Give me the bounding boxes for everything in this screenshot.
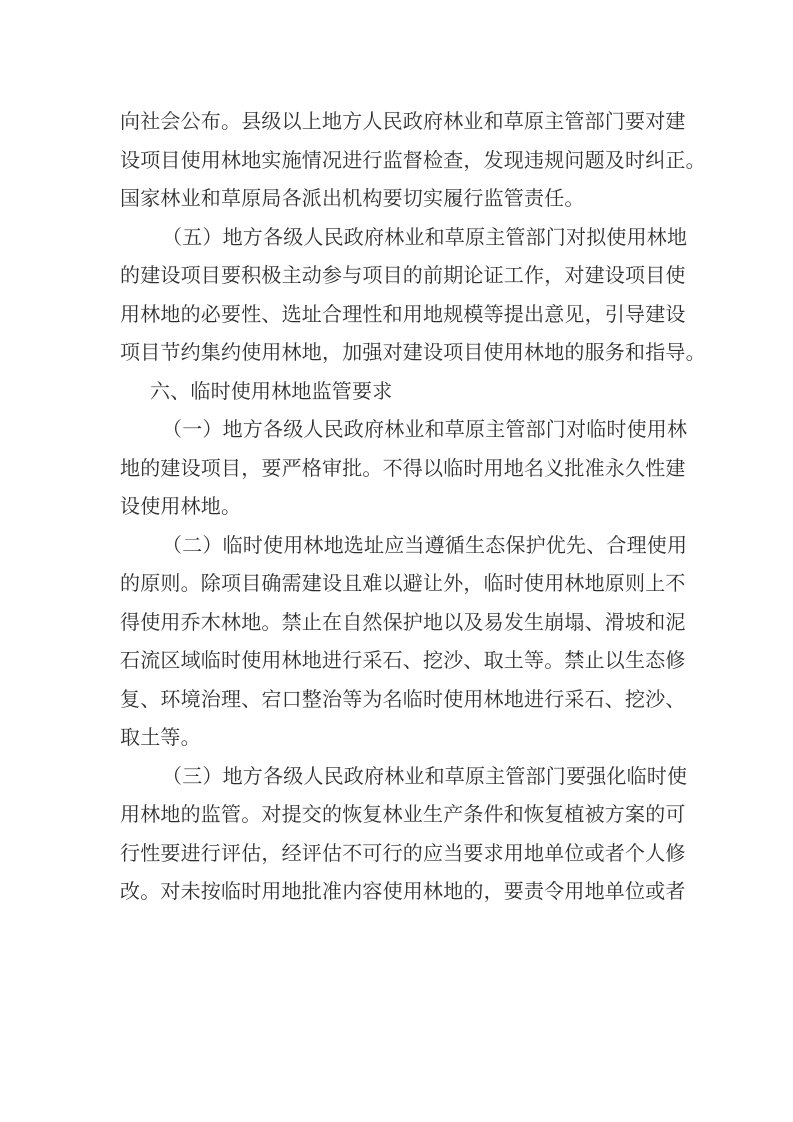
text-line: 地的建设项目，要严格审批。不得以临时用地名义批准永久性建 [120, 449, 690, 488]
text-line: 设项目使用林地实施情况进行监督检查，发现违规问题及时纠正。 [120, 141, 690, 180]
text-line: 的建设项目要积极主动参与项目的前期论证工作，对建设项目使 [120, 256, 690, 295]
text-line: 项目节约集约使用林地，加强对建设项目使用林地的服务和指导。 [120, 333, 690, 372]
document-page: 向社会公布。县级以上地方人民政府林业和草原主管部门要对建 设项目使用林地实施情况… [120, 102, 690, 911]
paragraph-start-line: （一）地方各级人民政府林业和草原主管部门对临时使用林 [120, 410, 690, 449]
text-line: 国家林业和草原局各派出机构要切实履行监管责任。 [120, 179, 690, 218]
text-line: 用林地的监管。对提交的恢复林业生产条件和恢复植被方案的可 [120, 795, 690, 834]
text-line: 石流区域临时使用林地进行采石、挖沙、取土等。禁止以生态修 [120, 641, 690, 680]
text-line: 用林地的必要性、选址合理性和用地规模等提出意见，引导建设 [120, 295, 690, 334]
text-line: 行性要进行评估，经评估不可行的应当要求用地单位或者个人修 [120, 834, 690, 873]
paragraph-start-line: （五）地方各级人民政府林业和草原主管部门对拟使用林地 [120, 218, 690, 257]
paragraph-start-line: （二）临时使用林地选址应当遵循生态保护优先、合理使用 [120, 526, 690, 565]
text-line: 的原则。除项目确需建设且难以避让外，临时使用林地原则上不 [120, 564, 690, 603]
paragraph-start-line: （三）地方各级人民政府林业和草原主管部门要强化临时使 [120, 757, 690, 796]
text-line: 复、环境治理、宕口整治等为名临时使用林地进行采石、挖沙、 [120, 680, 690, 719]
text-line: 得使用乔木林地。禁止在自然保护地以及易发生崩塌、滑坡和泥 [120, 603, 690, 642]
section-heading: 六、临时使用林地监管要求 [120, 372, 690, 411]
text-line: 取土等。 [120, 718, 690, 757]
text-line: 设使用林地。 [120, 487, 690, 526]
text-line: 改。对未按临时用地批准内容使用林地的，要责令用地单位或者 [120, 872, 690, 911]
text-line: 向社会公布。县级以上地方人民政府林业和草原主管部门要对建 [120, 102, 690, 141]
